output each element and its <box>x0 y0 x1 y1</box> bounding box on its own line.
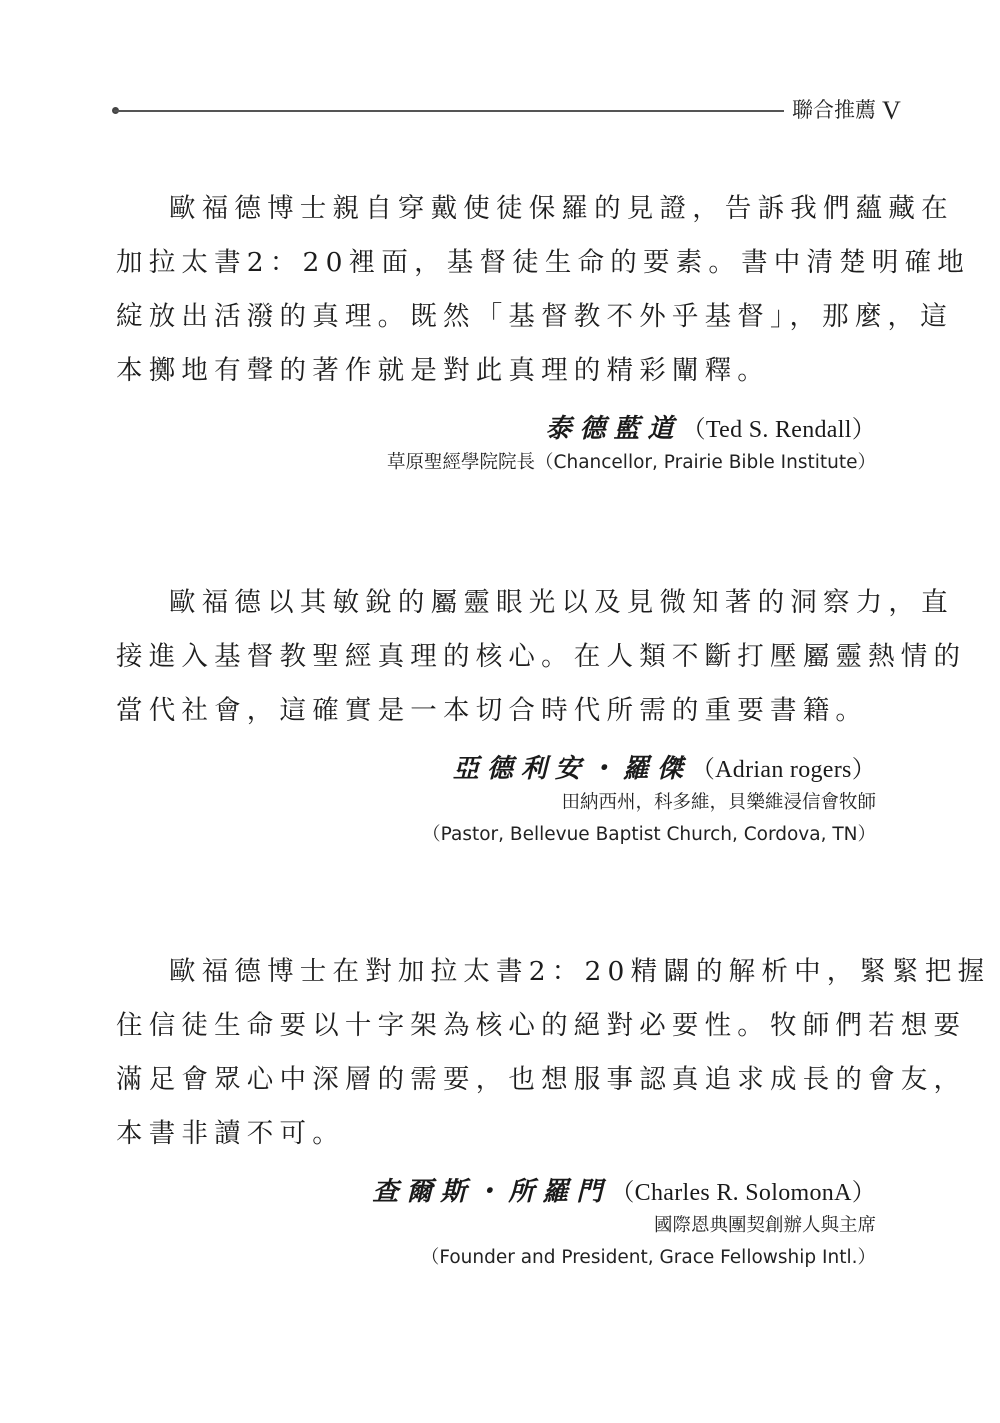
text-line: 歐福德博士在對加拉太書2：20精闢的解析中，緊緊把握 <box>116 945 880 999</box>
text-line: 當代社會，這確實是一本切合時代所需的重要書籍。 <box>116 684 880 738</box>
author-name-english: （Charles R. SolomonA） <box>610 1180 876 1206</box>
text-line: 住信徒生命要以十字架為核心的絕對必要性。牧師們若想要 <box>116 999 880 1053</box>
signature-block: 亞德利安・羅傑（Adrian rogers） 田納西州，科多維，貝樂維浸信會牧師… <box>116 752 880 851</box>
signature-block: 泰德藍道（Ted S. Rendall） 草原聖經學院院長（Chancellor… <box>116 412 880 479</box>
endorsement-3: 歐福德博士在對加拉太書2：20精闢的解析中，緊緊把握 住信徒生命要以十字架為核心… <box>116 945 880 1274</box>
endorsement-text: 歐福德博士親自穿戴使徒保羅的見證，告訴我們蘊藏在 加拉太書2：20裡面，基督徒生… <box>116 182 880 398</box>
text-line: 接進入基督教聖經真理的核心。在人類不斷打壓屬靈熱情的 <box>116 630 880 684</box>
author-name-chinese: 查爾斯・所羅門 <box>372 1177 610 1207</box>
author-title: （Founder and President, Grace Fellowship… <box>116 1242 876 1274</box>
author-name-english: （Adrian rogers） <box>691 757 876 783</box>
author-title: 國際恩典團契創辦人與主席 <box>116 1210 876 1242</box>
section-title: 聯合推薦 <box>792 98 876 122</box>
author-name-chinese: 亞德利安・羅傑 <box>453 754 691 784</box>
text-line: 歐福德博士親自穿戴使徒保羅的見證，告訴我們蘊藏在 <box>116 182 880 236</box>
author-title: 草原聖經學院院長（Chancellor, Prairie Bible Insti… <box>116 447 876 479</box>
author-title: （Pastor, Bellevue Baptist Church, Cordov… <box>116 819 876 851</box>
author-name: 泰德藍道（Ted S. Rendall） <box>116 412 876 447</box>
text-line: 加拉太書2：20裡面，基督徒生命的要素。書中清楚明確地 <box>116 236 880 290</box>
author-name-chinese: 泰德藍道 <box>546 414 682 444</box>
text-line: 歐福德以其敏銳的屬靈眼光以及見微知著的洞察力，直 <box>116 576 880 630</box>
author-name: 查爾斯・所羅門（Charles R. SolomonA） <box>116 1175 876 1210</box>
header-rule <box>114 110 784 112</box>
text-line: 滿足會眾心中深層的需要，也想服事認真追求成長的會友， <box>116 1053 880 1107</box>
endorsement-1: 歐福德博士親自穿戴使徒保羅的見證，告訴我們蘊藏在 加拉太書2：20裡面，基督徒生… <box>116 182 880 479</box>
text-line: 本書非讀不可。 <box>116 1107 880 1161</box>
endorsement-text: 歐福德博士在對加拉太書2：20精闢的解析中，緊緊把握 住信徒生命要以十字架為核心… <box>116 945 880 1161</box>
endorsement-2: 歐福德以其敏銳的屬靈眼光以及見微知著的洞察力，直 接進入基督教聖經真理的核心。在… <box>116 576 880 851</box>
endorsement-text: 歐福德以其敏銳的屬靈眼光以及見微知著的洞察力，直 接進入基督教聖經真理的核心。在… <box>116 576 880 738</box>
running-header: 聯合推薦V <box>792 94 901 126</box>
text-line: 綻放出活潑的真理。既然「基督教不外乎基督」，那麼，這 <box>116 290 880 344</box>
text-line: 本擲地有聲的著作就是對此真理的精彩闡釋。 <box>116 344 880 398</box>
author-name-english: （Ted S. Rendall） <box>682 417 876 443</box>
author-title: 田納西州，科多維，貝樂維浸信會牧師 <box>116 787 876 819</box>
signature-block: 查爾斯・所羅門（Charles R. SolomonA） 國際恩典團契創辦人與主… <box>116 1175 880 1274</box>
page-number: V <box>882 96 901 125</box>
author-name: 亞德利安・羅傑（Adrian rogers） <box>116 752 876 787</box>
